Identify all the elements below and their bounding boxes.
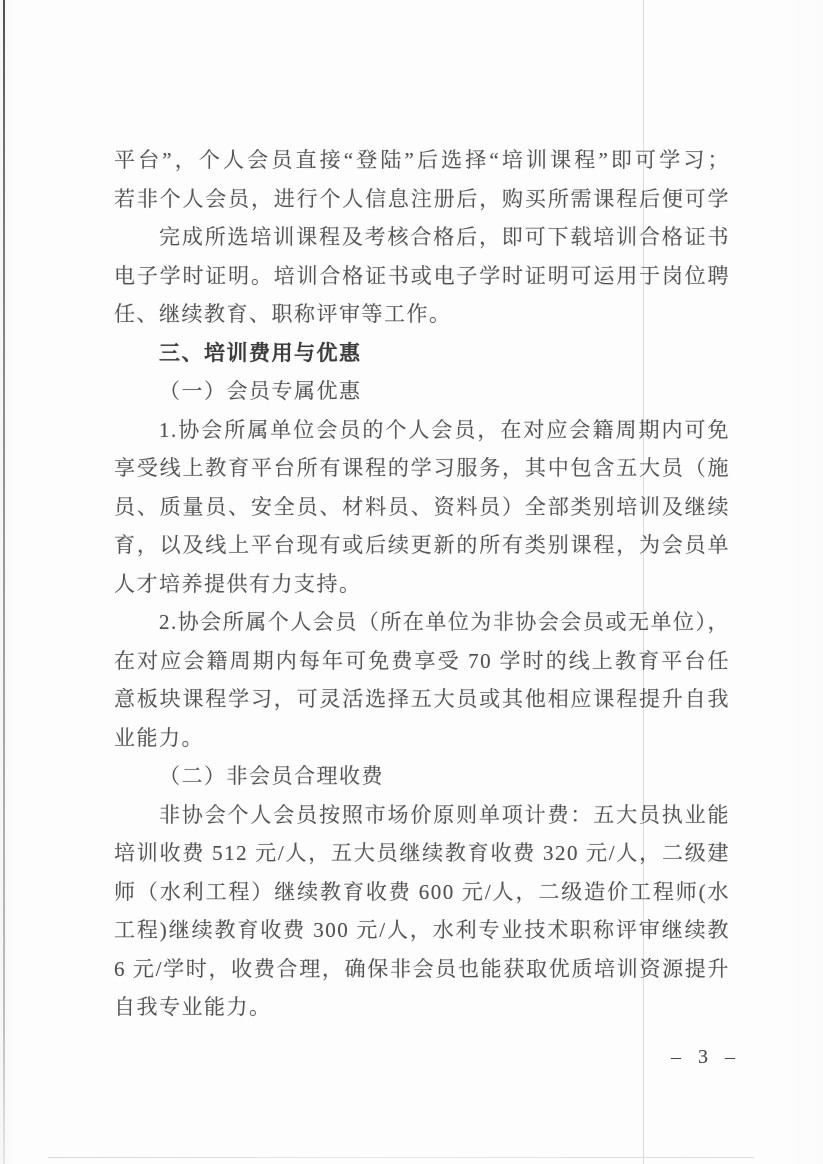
heading-line: 三、培训费用与优惠 bbox=[114, 334, 730, 373]
paragraph-line: 人才培养提供有力支持。 bbox=[114, 565, 730, 604]
paragraph-line: 员、质量员、安全员、材料员、资料员）全部类别培训及继续教 bbox=[114, 488, 730, 527]
paragraph-line: 平台”，个人会员直接“登陆”后选择“培训课程”即可学习； bbox=[114, 141, 730, 180]
paragraph-line: 自我专业能力。 bbox=[114, 988, 730, 1027]
scanned-page: 平台”，个人会员直接“登陆”后选择“培训课程”即可学习；若非个人会员，进行个人信… bbox=[0, 0, 823, 1164]
scan-left-edge-line bbox=[3, 0, 5, 1164]
paragraph-line: 育，以及线上平台现有或后续更新的所有类别课程，为会员单位 bbox=[114, 526, 730, 565]
paragraph-line: 电子学时证明。培训合格证书或电子学时证明可运用于岗位聘 bbox=[114, 257, 730, 296]
paragraph-line: 业能力。 bbox=[114, 719, 730, 758]
paragraph-line: 培训收费 512 元/人，五大员继续教育收费 320 元/人，二级建造 bbox=[114, 834, 730, 873]
paragraph-line: 完成所选培训课程及考核合格后，即可下载培训合格证书或 bbox=[114, 218, 730, 257]
paragraph-line: 1.协会所属单位会员的个人会员，在对应会籍周期内可免费 bbox=[114, 411, 730, 450]
paragraph-line: 工程)继续教育收费 300 元/人，水利专业技术职称评审继续教育 bbox=[114, 911, 730, 950]
paragraph-line: 在对应会籍周期内每年可免费享受 70 学时的线上教育平台任 bbox=[114, 642, 730, 681]
scan-bottom-edge-line bbox=[48, 1157, 754, 1158]
subheading-line: （二）非会员合理收费 bbox=[114, 757, 730, 796]
paragraph-line: 意板块课程学习，可灵活选择五大员或其他相应课程提升自我专 bbox=[114, 680, 730, 719]
page-number: – 3 – bbox=[671, 1046, 741, 1069]
paragraph-line: 若非个人会员，进行个人信息注册后，购买所需课程后便可学习。 bbox=[114, 180, 730, 219]
paragraph-line: 师（水利工程）继续教育收费 600 元/人，二级造价工程师(水利 bbox=[114, 873, 730, 912]
paragraph-line: 6 元/学时，收费合理，确保非会员也能获取优质培训资源提升 bbox=[114, 950, 730, 989]
paragraph-line: 2.协会所属个人会员（所在单位为非协会会员或无单位）， bbox=[114, 603, 730, 642]
paragraph-line: 享受线上教育平台所有课程的学习服务，其中包含五大员（施工 bbox=[114, 449, 730, 488]
paragraph-line: 任、继续教育、职称评审等工作。 bbox=[114, 295, 730, 334]
document-text: 平台”，个人会员直接“登陆”后选择“培训课程”即可学习；若非个人会员，进行个人信… bbox=[114, 141, 730, 1027]
subheading-line: （一）会员专属优惠 bbox=[114, 372, 730, 411]
paragraph-line: 非协会个人会员按照市场价原则单项计费：五大员执业能力 bbox=[114, 796, 730, 835]
